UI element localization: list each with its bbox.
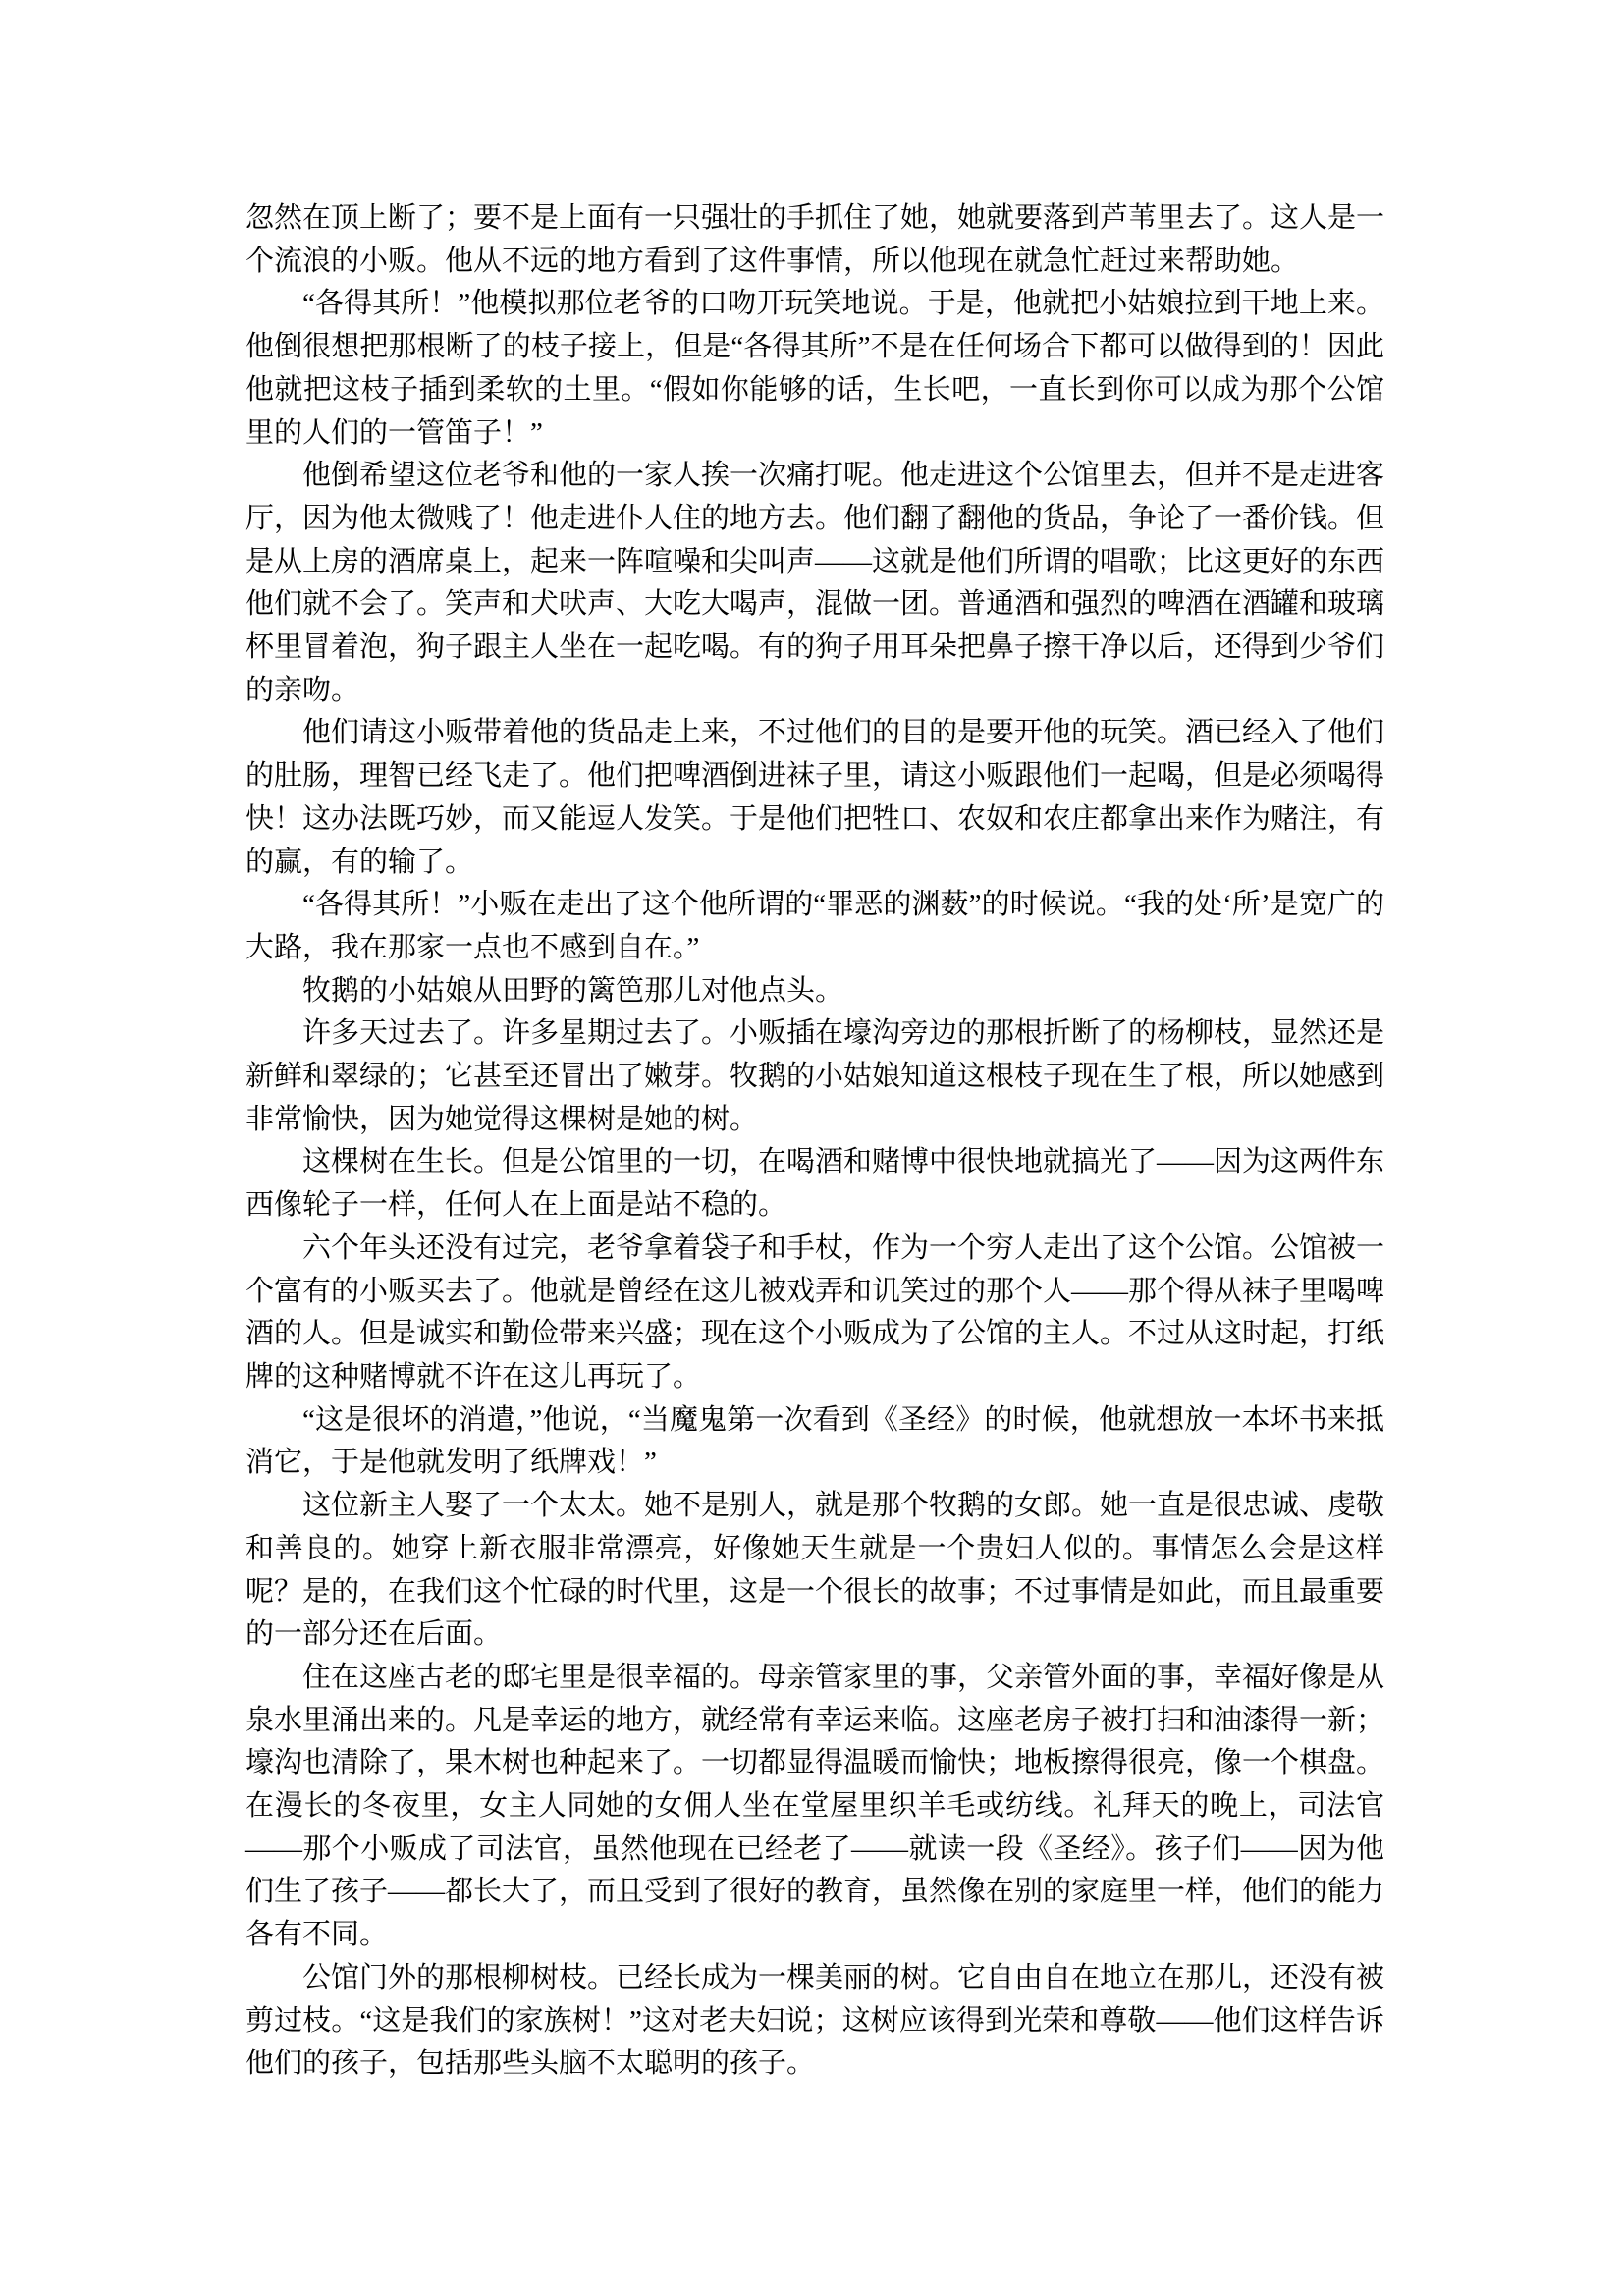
story-paragraph: “各得其所！”小贩在走出了这个他所谓的“罪恶的渊薮”的时候说。“我的处‘所’是宽… — [245, 884, 1384, 969]
story-paragraph: 这位新主人娶了一个太太。她不是别人，就是那个牧鹅的女郎。她一直是很忠诚、虔敬和善… — [245, 1485, 1384, 1657]
document-page: 忽然在顶上断了；要不是上面有一只强壮的手抓住了她，她就要落到芦苇里去了。这人是一… — [0, 0, 1623, 2296]
story-paragraph: 住在这座古老的邸宅里是很幸福的。母亲管家里的事，父亲管外面的事，幸福好像是从泉水… — [245, 1657, 1384, 1957]
story-paragraph: 六个年头还没有过完，老爷拿着袋子和手杖，作为一个穷人走出了这个公馆。公馆被一个富… — [245, 1228, 1384, 1399]
story-paragraph: 他们请这小贩带着他的货品走上来，不过他们的目的是要开他的玩笑。酒已经入了他们的肚… — [245, 712, 1384, 884]
story-paragraph: 这棵树在生长。但是公馆里的一切，在喝酒和赌博中很快地就搞光了——因为这两件东西像… — [245, 1141, 1384, 1227]
story-paragraph: 许多天过去了。许多星期过去了。小贩插在壕沟旁边的那根折断了的杨柳枝，显然还是新鲜… — [245, 1012, 1384, 1141]
story-paragraph: 牧鹅的小姑娘从田野的篱笆那儿对他点头。 — [245, 970, 1384, 1013]
story-paragraph: “各得其所！”他模拟那位老爷的口吻开玩笑地说。于是，他就把小姑娘拉到干地上来。他… — [245, 283, 1384, 455]
story-paragraph: “这是很坏的消遣，”他说，“当魔鬼第一次看到《圣经》的时候，他就想放一本坏书来抵… — [245, 1399, 1384, 1485]
story-text: 忽然在顶上断了；要不是上面有一只强壮的手抓住了她，她就要落到芦苇里去了。这人是一… — [245, 197, 1384, 2086]
story-paragraph: 忽然在顶上断了；要不是上面有一只强壮的手抓住了她，她就要落到芦苇里去了。这人是一… — [245, 197, 1384, 283]
story-paragraph: 公馆门外的那根柳树枝。已经长成为一棵美丽的树。它自由自在地立在那儿，还没有被剪过… — [245, 1957, 1384, 2086]
story-paragraph: 他倒希望这位老爷和他的一家人挨一次痛打呢。他走进这个公馆里去，但并不是走进客厅，… — [245, 455, 1384, 712]
